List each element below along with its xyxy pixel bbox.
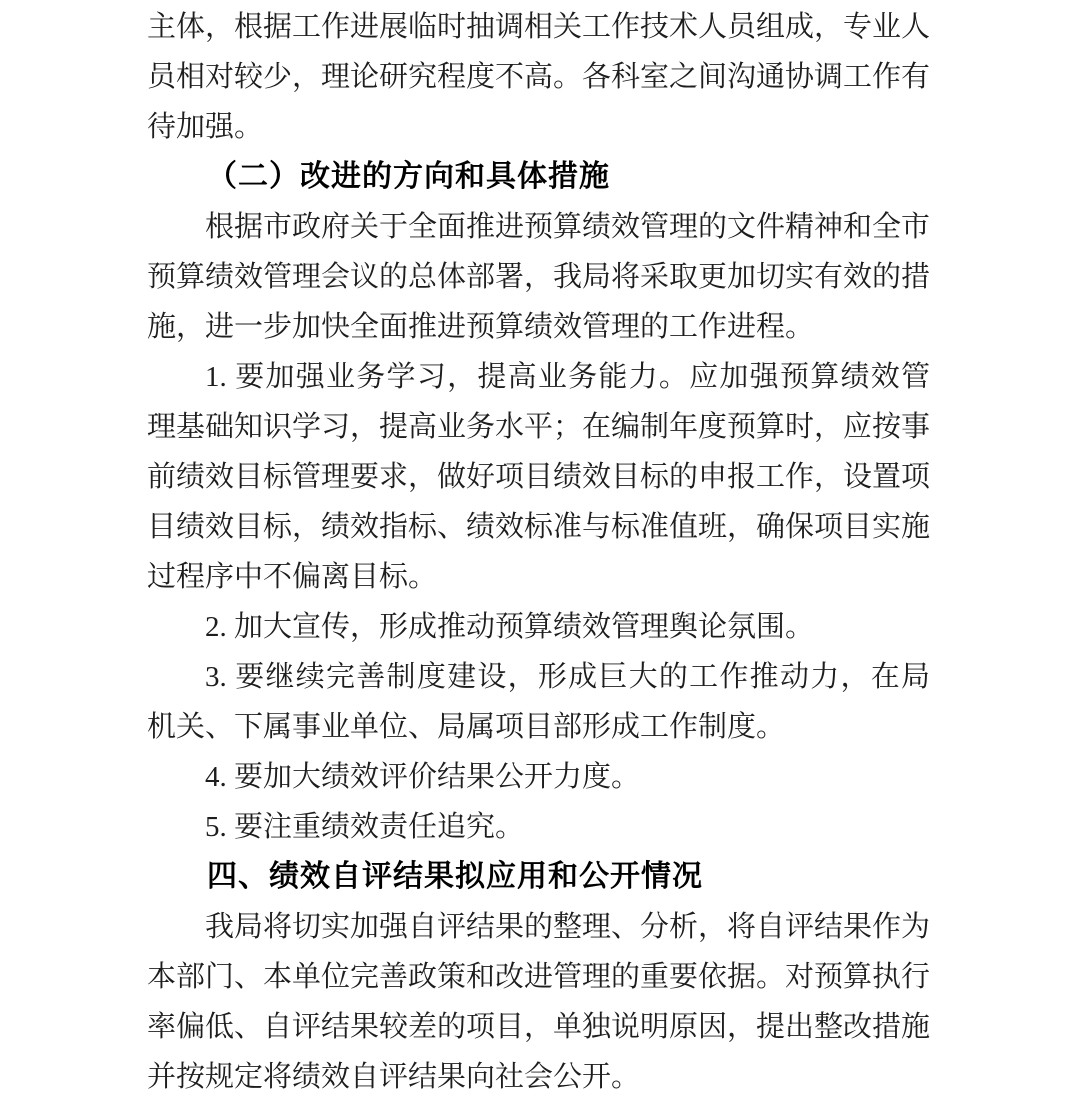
- document-line: 根据市政府关于全面推进预算绩效管理的文件精神和全市: [147, 202, 930, 252]
- line-text: 5. 要注重绩效责任追究。: [205, 811, 524, 843]
- line-text: 我局将切实加强自评结果的整理、分析，将自评结果作为: [205, 911, 930, 943]
- line-text: 四、绩效自评结果拟应用和公开情况: [207, 860, 703, 893]
- document-line: 目绩效目标，绩效指标、绩效标准与标准值班，确保项目实施: [147, 502, 930, 552]
- document-line: 率偏低、自评结果较差的项目，单独说明原因，提出整改措施: [147, 1002, 930, 1052]
- line-text: 率偏低、自评结果较差的项目，单独说明原因，提出整改措施: [147, 1011, 930, 1043]
- line-text: 施，进一步加快全面推进预算绩效管理的工作进程。: [147, 311, 814, 343]
- document-line: 2. 加大宣传，形成推动预算绩效管理舆论氛围。: [147, 602, 930, 652]
- line-text: 理基础知识学习，提高业务水平；在编制年度预算时，应按事: [147, 411, 930, 443]
- document-body: 主体，根据工作进展临时抽调相关工作技术人员组成，专业人员相对较少，理论研究程度不…: [147, 2, 930, 1102]
- line-text: 本部门、本单位完善政策和改进管理的重要依据。对预算执行: [147, 961, 930, 993]
- line-text: 并按规定将绩效自评结果向社会公开。: [147, 1061, 640, 1093]
- line-text: 2. 加大宣传，形成推动预算绩效管理舆论氛围。: [205, 611, 814, 643]
- line-text: （二）改进的方向和具体措施: [207, 160, 610, 193]
- document-line: 预算绩效管理会议的总体部署，我局将采取更加切实有效的措: [147, 252, 930, 302]
- section-heading: （二）改进的方向和具体措施: [147, 152, 930, 202]
- document-line: 前绩效目标管理要求，做好项目绩效目标的申报工作，设置项: [147, 452, 930, 502]
- line-text: 过程序中不偏离目标。: [147, 561, 437, 593]
- document-line: 1. 要加强业务学习，提高业务能力。应加强预算绩效管: [147, 352, 930, 402]
- document-line: 3. 要继续完善制度建设，形成巨大的工作推动力，在局: [147, 652, 930, 702]
- document-line: 施，进一步加快全面推进预算绩效管理的工作进程。: [147, 302, 930, 352]
- document-page: 主体，根据工作进展临时抽调相关工作技术人员组成，专业人员相对较少，理论研究程度不…: [0, 0, 1074, 1110]
- document-line: 过程序中不偏离目标。: [147, 552, 930, 602]
- line-text: 预算绩效管理会议的总体部署，我局将采取更加切实有效的措: [147, 261, 930, 293]
- line-text: 员相对较少，理论研究程度不高。各科室之间沟通协调工作有: [147, 61, 930, 93]
- document-line: 我局将切实加强自评结果的整理、分析，将自评结果作为: [147, 902, 930, 952]
- document-line: 主体，根据工作进展临时抽调相关工作技术人员组成，专业人: [147, 2, 930, 52]
- line-text: 前绩效目标管理要求，做好项目绩效目标的申报工作，设置项: [147, 461, 930, 493]
- document-line: 员相对较少，理论研究程度不高。各科室之间沟通协调工作有: [147, 52, 930, 102]
- line-text: 根据市政府关于全面推进预算绩效管理的文件精神和全市: [205, 211, 930, 243]
- line-text: 3. 要继续完善制度建设，形成巨大的工作推动力，在局: [205, 661, 930, 693]
- document-line: 理基础知识学习，提高业务水平；在编制年度预算时，应按事: [147, 402, 930, 452]
- document-line: 4. 要加大绩效评价结果公开力度。: [147, 752, 930, 802]
- document-line: 5. 要注重绩效责任追究。: [147, 802, 930, 852]
- line-text: 1. 要加强业务学习，提高业务能力。应加强预算绩效管: [205, 361, 930, 393]
- line-text: 主体，根据工作进展临时抽调相关工作技术人员组成，专业人: [147, 11, 930, 43]
- line-text: 待加强。: [147, 111, 263, 143]
- document-line: 并按规定将绩效自评结果向社会公开。: [147, 1052, 930, 1102]
- page: { "page": { "background": "#ffffff", "bo…: [0, 0, 1074, 1110]
- document-line: 待加强。: [147, 102, 930, 152]
- line-text: 4. 要加大绩效评价结果公开力度。: [205, 761, 640, 793]
- line-text: 目绩效目标，绩效指标、绩效标准与标准值班，确保项目实施: [147, 511, 930, 543]
- document-line: 机关、下属事业单位、局属项目部形成工作制度。: [147, 702, 930, 752]
- section-heading: 四、绩效自评结果拟应用和公开情况: [147, 852, 930, 902]
- document-line: 本部门、本单位完善政策和改进管理的重要依据。对预算执行: [147, 952, 930, 1002]
- line-text: 机关、下属事业单位、局属项目部形成工作制度。: [147, 711, 785, 743]
